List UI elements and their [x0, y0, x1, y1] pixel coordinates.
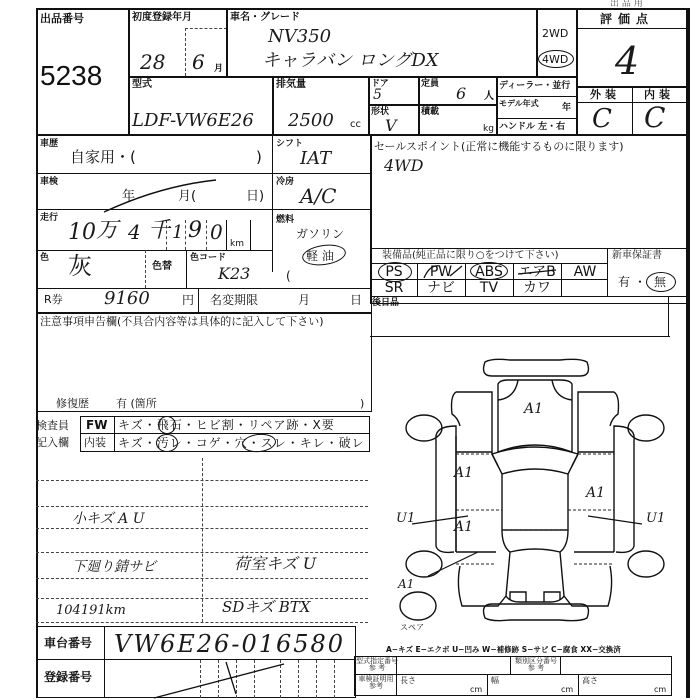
first-registration-label: 初度登録年月	[132, 13, 192, 23]
height-label: 高さ	[582, 677, 598, 685]
color-code-divider	[186, 250, 187, 288]
mileage-digit-man: 万	[96, 220, 118, 242]
equipment-aw: AW	[563, 265, 607, 279]
mileage-divider	[185, 220, 186, 250]
later-items-label: 後日品	[372, 299, 399, 308]
shape-value: V	[385, 118, 397, 134]
first-registration-year: 28	[140, 52, 165, 72]
mileage-digit-9: 9	[188, 220, 202, 242]
note-line	[36, 506, 368, 507]
shift-label: シフト	[276, 140, 303, 149]
drive-2wd-option: 2WD	[542, 28, 568, 39]
damage-mark-left-quarter: A1	[398, 578, 414, 590]
person-unit: 人	[484, 92, 494, 102]
warranty-yes: 有	[618, 276, 630, 288]
sales-point-label: セールスポイント(正常に機能するものに限ります)	[374, 141, 624, 152]
mileage-digit-0: 0	[210, 222, 223, 242]
category-label: 類別区分番号 参 考	[512, 658, 560, 672]
shift-value: IAT	[300, 150, 331, 168]
name-change-label: 名変期限	[210, 294, 258, 306]
fw-items: キズ・飛石・ヒビ割・リペア跡・X要	[118, 419, 335, 431]
drive-4wd-circle	[538, 50, 574, 68]
fuel-paren: (	[286, 270, 291, 282]
load-label: 積載	[421, 108, 439, 117]
equipment-label: 装備品(純正品に限り○をつけて下さい)	[382, 251, 559, 261]
registration-label: 登録番号	[44, 671, 92, 683]
interior-damage-label: 内装	[84, 437, 106, 448]
handle-label: ハンドル 左・右	[499, 123, 565, 132]
car-grade: キャラバン ロングDX	[262, 52, 439, 70]
capacity-value: 6	[456, 86, 466, 102]
type-designation-label: 型式指定番号 参 考	[356, 658, 398, 672]
color-label: 色	[40, 254, 49, 263]
doors-value: 5	[373, 88, 382, 102]
model-label: 型式	[132, 80, 152, 90]
length-cm: cm	[470, 686, 482, 694]
car-name: NV350	[268, 28, 331, 46]
inspector-note-left-3: 小キズ A U	[72, 512, 145, 526]
handle-divider	[496, 118, 578, 119]
mileage-divider	[226, 220, 227, 250]
damage-mark-left-front-door: A1	[454, 466, 473, 480]
inspector-note-left-4: 下廻り錆サビ	[72, 560, 156, 574]
displacement-label: 排気量	[276, 80, 306, 90]
chassis-label-divider	[104, 626, 105, 698]
note-line	[36, 552, 368, 553]
inspection-strike-line	[100, 176, 220, 216]
year-unit: 年	[562, 104, 571, 113]
score-header-line	[576, 28, 688, 29]
damage-mark-right-u1: U1	[646, 512, 665, 525]
equipment-pw-check	[420, 262, 464, 282]
equipment-ps-circle	[378, 262, 412, 282]
footer-col-5	[578, 674, 579, 696]
warranty-label: 新車保証書	[612, 251, 662, 261]
reg-divider	[185, 28, 186, 76]
row-divider-1	[36, 173, 372, 174]
equipment-sr: SR	[372, 281, 416, 295]
exterior-label: 外装	[590, 89, 620, 100]
height-cm: cm	[654, 686, 666, 694]
score-value: 4	[615, 42, 639, 80]
entry-label: 記入欄	[36, 437, 69, 448]
interior-grade: C	[644, 104, 665, 132]
history-value: 自家用・(	[70, 150, 136, 165]
equipment-tv: TV	[467, 281, 511, 295]
dealer-label: ディーラー・並行	[499, 82, 570, 91]
ac-value: A/C	[300, 186, 336, 206]
repair-label: 修復歴	[56, 398, 89, 409]
name-change-month: 月	[298, 294, 310, 306]
lot-number-label: 出品番号	[40, 13, 84, 24]
damage-legend: A−キズ E−エクボ U−凹み W−補修跡 S−サビ C−腐食 XX−交換済	[386, 646, 621, 654]
width-label: 幅	[491, 677, 499, 685]
inspector-note-right-5: SDキズ BTX	[222, 600, 310, 615]
inspector-grid-mid	[80, 433, 370, 434]
note-line	[36, 578, 368, 579]
mileage-label: 走行	[40, 214, 58, 223]
inspector-label: 検査員	[36, 420, 69, 431]
interior-label: 内装	[644, 89, 674, 100]
equipment-grid-col	[561, 263, 562, 296]
registration-strike-line	[150, 660, 290, 700]
row-divider-2	[36, 209, 372, 210]
chassis-value: VW6E26-016580	[114, 632, 345, 656]
equipment-top-line	[370, 248, 688, 249]
dealer-divider	[496, 96, 578, 97]
reg-digit-divider	[298, 660, 299, 698]
damage-mark-left-rear-door: A1	[454, 520, 473, 534]
inspector-grid-col	[114, 416, 115, 452]
fw-chip-circle	[158, 416, 176, 434]
reg-divider-top	[185, 28, 227, 29]
history-close: )	[256, 150, 262, 165]
fuel-label: 燃料	[276, 216, 294, 225]
inspector-note-right-4: 荷室キズ U	[234, 556, 316, 572]
displacement-value: 2500	[288, 112, 334, 130]
warranty-no-circle	[646, 272, 676, 292]
note-line	[36, 622, 368, 623]
footer-col-4	[487, 674, 488, 696]
repair-close: )	[360, 398, 364, 409]
fuel-gasoline: ガソリン	[296, 228, 344, 240]
later-items-bottom	[370, 336, 670, 337]
reg-digit-divider	[334, 660, 335, 698]
row-divider-3	[36, 250, 272, 251]
equipment-airbag-mark	[514, 262, 560, 282]
model-code: LDF-VW6E26	[132, 112, 254, 130]
note-line	[36, 528, 368, 529]
kg-unit: kg	[483, 125, 494, 134]
interior-stain-circle	[156, 434, 178, 452]
note-line	[36, 480, 368, 481]
dimensions-label: 車検証明用 参考	[356, 676, 396, 690]
inspector-note-left-5: 104191km	[56, 604, 126, 617]
exterior-grade: C	[592, 106, 612, 132]
inspection-day: 日)	[246, 190, 264, 203]
mileage-digit-4: 4	[128, 222, 141, 242]
length-label: 長さ	[400, 677, 416, 685]
lot-number: 5238	[40, 62, 102, 90]
reg-digit-divider	[316, 660, 317, 698]
color-change-label: 色替	[152, 262, 172, 272]
row-divider-4	[36, 288, 372, 289]
inspection-label: 車検	[40, 178, 58, 187]
note-line	[36, 598, 368, 599]
footer-col-3	[560, 656, 561, 674]
mileage-divider	[250, 220, 251, 250]
km-unit: km	[230, 240, 244, 249]
footer-col-2	[510, 656, 511, 674]
month-unit: 月	[214, 65, 223, 74]
sales-point-value: 4WD	[384, 158, 423, 174]
later-items-right	[668, 296, 669, 337]
color-code: K23	[218, 266, 250, 282]
history-shift-divider	[272, 134, 273, 272]
mileage-digit-1: 1	[172, 224, 183, 242]
later-items-line	[370, 296, 688, 297]
recycle-label: R券	[44, 294, 63, 305]
equipment-navi: ナビ	[419, 281, 463, 295]
first-registration-month: 6	[192, 52, 205, 72]
mileage-digit-10: 10	[68, 222, 96, 244]
mileage-digit-sen: 千	[148, 220, 170, 242]
color-divider	[145, 250, 146, 288]
mileage-divider	[206, 220, 207, 250]
color-code-label: 色コード	[190, 254, 226, 263]
equipment-leather: カワ	[515, 281, 559, 295]
damage-mark-right-door: A1	[586, 486, 605, 500]
width-cm: cm	[561, 686, 573, 694]
ac-label: 冷房	[276, 178, 294, 187]
cc-unit: cc	[350, 120, 361, 130]
name-change-day: 日	[350, 294, 362, 306]
color-value: 灰	[68, 254, 92, 278]
warranty-dot: ・	[634, 276, 646, 288]
fw-label: FW	[86, 419, 107, 431]
equipment-grid-col	[417, 263, 418, 296]
equipment-abs-circle	[470, 262, 508, 280]
damage-mark-left-u1: U1	[396, 512, 415, 525]
warranty-divider	[607, 248, 608, 296]
recycle-divider	[198, 288, 199, 314]
spare-tire-label: スペア	[400, 624, 424, 632]
capacity-label: 定員	[421, 80, 439, 89]
damage-mark-hood: A1	[524, 402, 543, 416]
repair-value: 有 (箇所	[116, 398, 157, 409]
car-name-label: 車名・グレード	[230, 13, 300, 23]
notes-label: 注意事項申告欄(不具合内容等は具体的に記入して下さい)	[40, 316, 324, 327]
history-label: 車歴	[40, 140, 58, 149]
recycle-value: 9160	[104, 290, 150, 308]
ext-int-divider	[632, 86, 633, 136]
footer-mid-line	[354, 674, 672, 675]
vehicle-damage-diagram	[380, 356, 690, 631]
equipment-grid-col	[465, 263, 466, 296]
sheet-right-border	[688, 8, 690, 698]
chassis-label: 車台番号	[44, 637, 92, 649]
score-label: 評価点	[600, 13, 654, 25]
yen-unit: 円	[182, 294, 194, 306]
model-year-label: モデル年式	[499, 100, 539, 108]
